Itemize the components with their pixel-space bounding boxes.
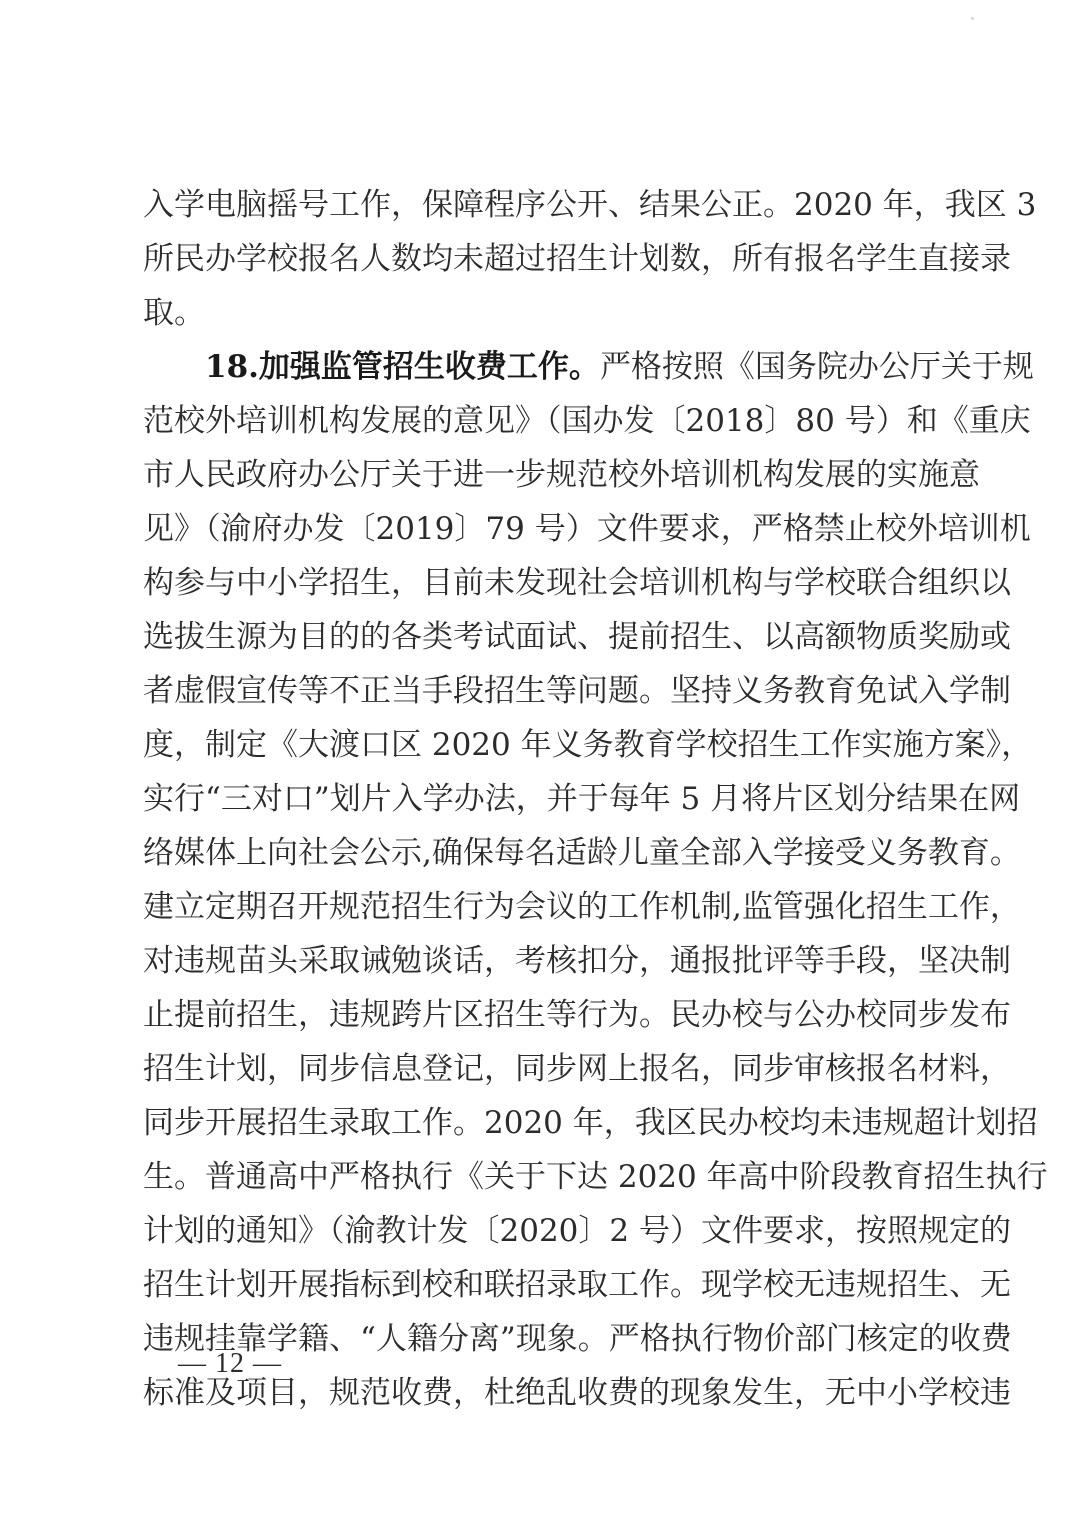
text-line: 生。普通高中严格执行《关于下达 2020 年高中阶段教育招生执行	[143, 1150, 941, 1204]
text-line: 选拔生源为目的的各类考试面试、提前招生、以高额物质奖励或	[143, 610, 941, 664]
paragraph-section-18: 18.加强监管招生收费工作。严格按照《国务院办公厅关于规 范校外培训机构发展的意…	[143, 340, 941, 1420]
text-line: 对违规苗头采取诫勉谈话，考核扣分，通报批评等手段，坚决制	[143, 934, 941, 988]
section-first-line-text: 严格按照《国务院办公厅关于规	[600, 349, 1034, 385]
text-line: 络媒体上向社会公示,确保每名适龄儿童全部入学接受义务教育。	[143, 826, 941, 880]
text-line: 建立定期召开规范招生行为会议的工作机制,监管强化招生工作，	[143, 880, 941, 934]
text-line: 同步开展招生录取工作。2020 年，我区民办校均未违规超计划招	[143, 1096, 941, 1150]
text-line: 度，制定《大渡口区 2020 年义务教育学校招生工作实施方案》，	[143, 718, 941, 772]
body-text: 入学电脑摇号工作，保障程序公开、结果公正。2020 年，我区 3 所民办学校报名…	[143, 178, 941, 1420]
section-heading: 18.加强监管招生收费工作。	[205, 349, 600, 385]
text-line-first: 18.加强监管招生收费工作。严格按照《国务院办公厅关于规	[143, 340, 941, 394]
text-line: 计划的通知》（渝教计发〔2020〕2 号）文件要求，按照规定的	[143, 1204, 941, 1258]
document-page: 入学电脑摇号工作，保障程序公开、结果公正。2020 年，我区 3 所民办学校报名…	[0, 0, 1075, 1520]
text-line: 招生计划开展指标到校和联招录取工作。现学校无违规招生、无	[143, 1258, 941, 1312]
text-line: 见》（渝府办发〔2019〕79 号）文件要求，严格禁止校外培训机	[143, 502, 941, 556]
page-number: — 12 —	[178, 1348, 282, 1380]
text-line: 入学电脑摇号工作，保障程序公开、结果公正。2020 年，我区 3	[143, 178, 941, 232]
text-line: 市人民政府办公厅关于进一步规范校外培训机构发展的实施意	[143, 448, 941, 502]
text-line: 招生计划，同步信息登记，同步网上报名，同步审核报名材料，	[143, 1042, 941, 1096]
text-line: 取。	[143, 286, 941, 340]
text-line: 实行“三对口”划片入学办法，并于每年 5 月将片区划分结果在网	[143, 772, 941, 826]
text-line: 构参与中小学招生，目前未发现社会培训机构与学校联合组织以	[143, 556, 941, 610]
text-line: 所民办学校报名人数均未超过招生计划数，所有报名学生直接录	[143, 232, 941, 286]
paragraph-continuation: 入学电脑摇号工作，保障程序公开、结果公正。2020 年，我区 3 所民办学校报名…	[143, 178, 941, 340]
text-line: 者虚假宣传等不正当手段招生等问题。坚持义务教育免试入学制	[143, 664, 941, 718]
text-line: 范校外培训机构发展的意见》（国办发〔2018〕80 号）和《重庆	[143, 394, 941, 448]
text-line: 止提前招生，违规跨片区招生等行为。民办校与公办校同步发布	[143, 988, 941, 1042]
scan-speck	[971, 17, 974, 20]
